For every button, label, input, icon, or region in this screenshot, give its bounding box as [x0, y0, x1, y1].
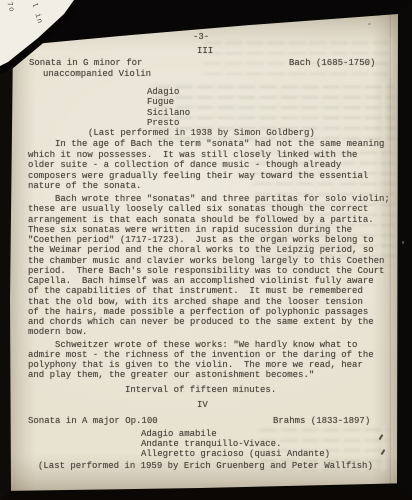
- work1-title-line2: unaccompanied Violin: [43, 69, 151, 79]
- interval-note: Interval of fifteen minutes.: [125, 385, 276, 395]
- work2-composer: Brahms (1833-1897): [273, 416, 370, 426]
- work2-title-line: Sonata in A major Op.100 Brahms (1833-18…: [9, 416, 399, 428]
- work1-title: Sonata in G minor for: [29, 58, 142, 68]
- program-note-paragraph-2: Bach wrote three "sonatas" and three par…: [28, 194, 390, 338]
- work1-composer: Bach (1685-1750): [289, 58, 375, 68]
- work1-movements: Adagio Fugue Sicilano Presto: [147, 87, 190, 128]
- work1-last-performed: (Last performed in 1938 by Simon Goldber…: [88, 128, 315, 138]
- work2-last-performed: (Last performed in 1959 by Erich Gruenbe…: [38, 461, 373, 471]
- work2-title: Sonata in A major Op.100: [28, 416, 158, 426]
- corner-text-fragment: 7o: [4, 1, 15, 14]
- section-heading-iii: III: [197, 46, 213, 56]
- work2-movements: Adagio amabile Andante tranquillo-Vivace…: [141, 429, 330, 460]
- program-note-paragraph-1: In the age of Bach the term "sonata" had…: [28, 139, 384, 192]
- page-number: -3-: [193, 32, 209, 42]
- dust-speck: [402, 241, 404, 244]
- work1-title-line: Sonata in G minor for Bach (1685-1750) u…: [9, 58, 399, 82]
- section-heading-iv: IV: [197, 400, 208, 410]
- typescript-page: -3- III Sonata in G minor for Bach (1685…: [9, 13, 399, 492]
- scanned-program-screen: -3- III Sonata in G minor for Bach (1685…: [0, 0, 412, 500]
- corner-text-fragment: l in: [29, 2, 43, 25]
- program-note-paragraph-3: Schweitzer wrote of these works: "We har…: [28, 340, 374, 380]
